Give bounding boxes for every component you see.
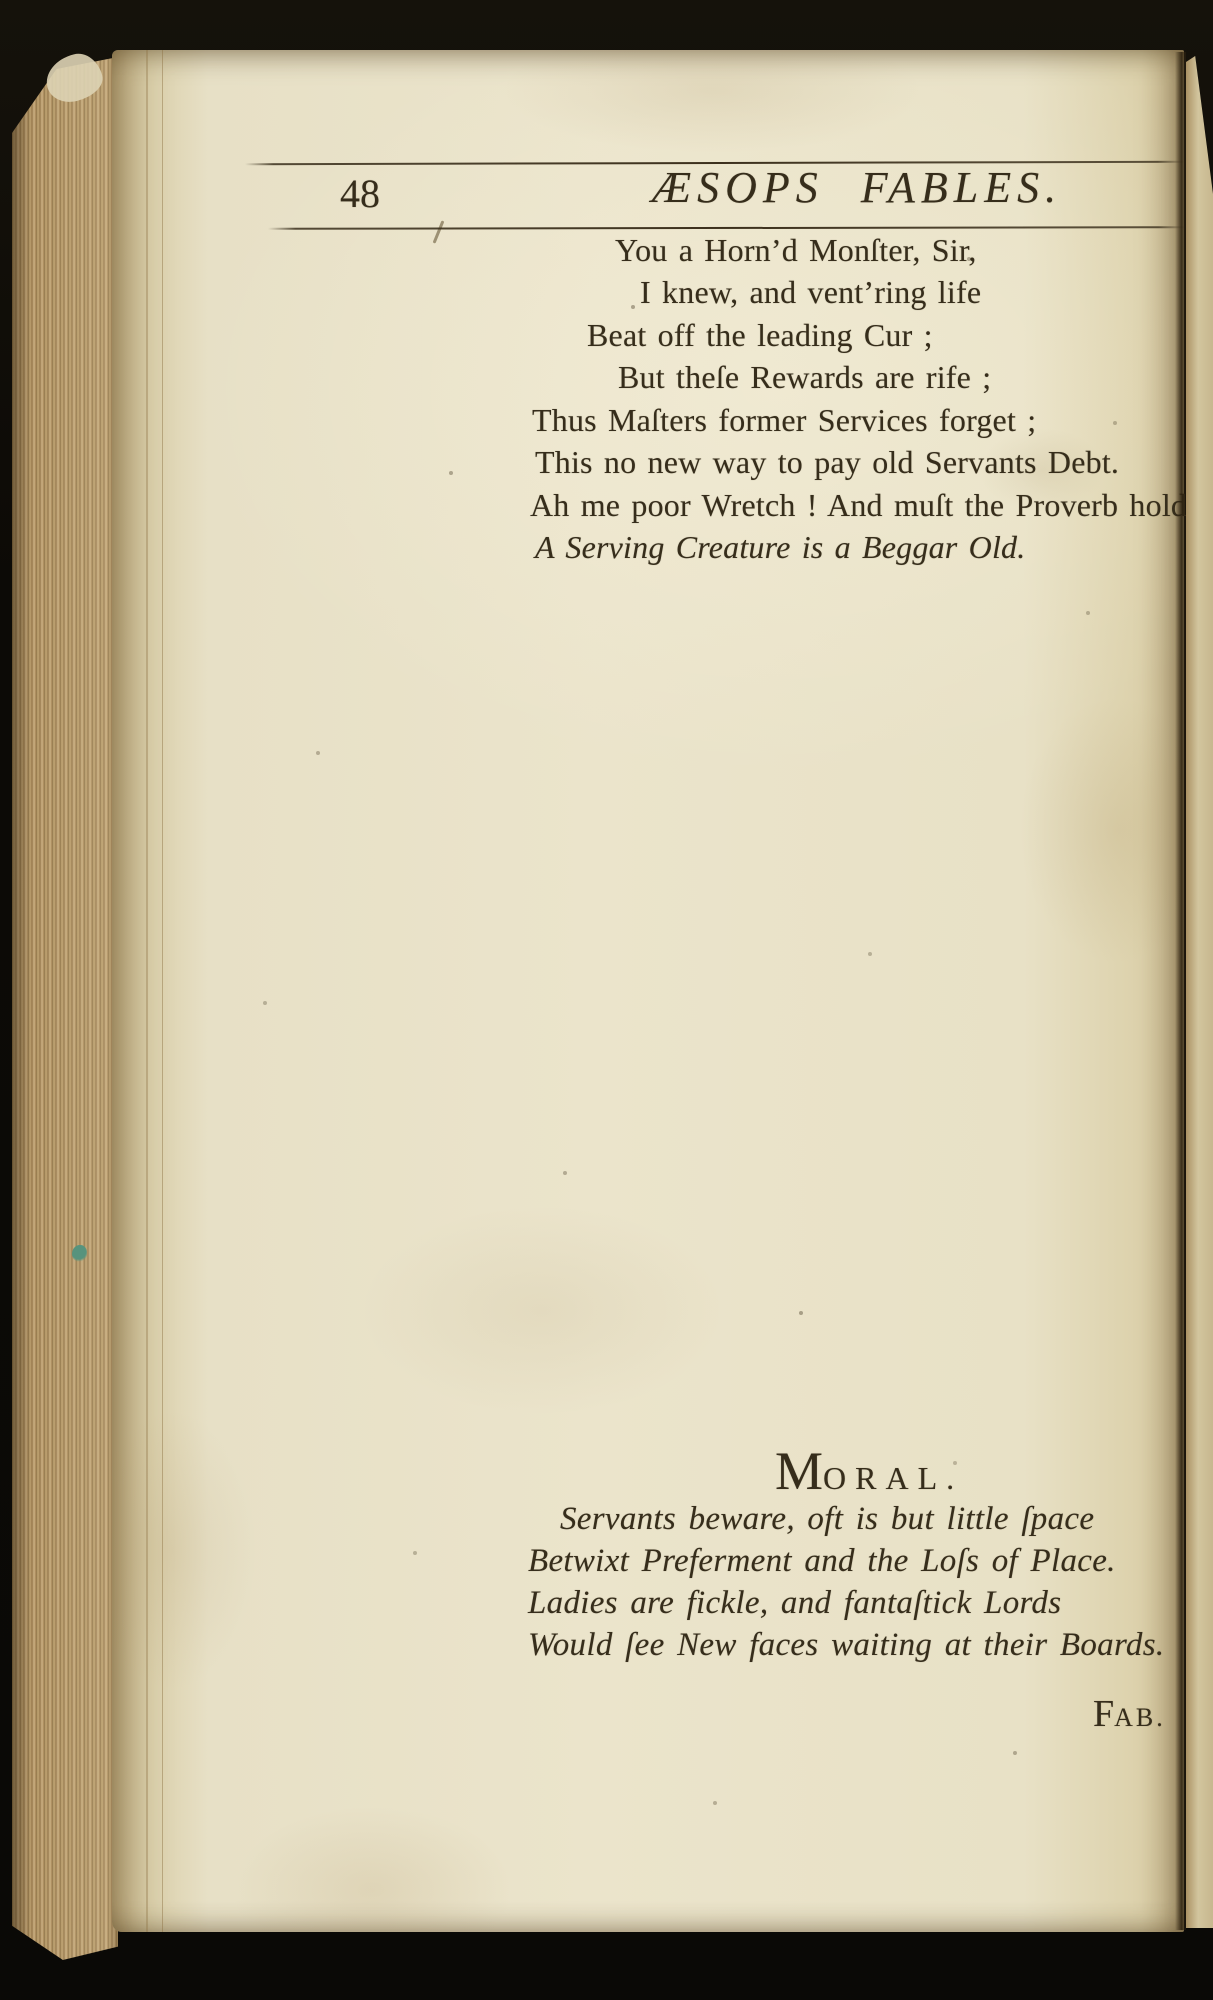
poem-line: Beat off the leading Cur ; xyxy=(587,317,933,354)
catchword: FAB. xyxy=(1093,1692,1166,1736)
running-title: ÆSOPS FABLES. xyxy=(652,162,1062,213)
moral-line: Servants beware, oft is but little ſpace xyxy=(560,1501,1094,1538)
fanned-page-edges xyxy=(12,55,118,1960)
poem-line: Ah me poor Wretch ! And muſt the Proverb… xyxy=(530,487,1213,524)
catchword-initial: F xyxy=(1093,1693,1114,1735)
adjacent-page-edge xyxy=(1186,56,1213,1928)
poem-line-italic: A Serving Creature is a Beggar Old. xyxy=(535,529,1025,566)
moral-heading-initial: M xyxy=(775,1441,823,1501)
poem-line: Thus Maſters former Services forget ; xyxy=(532,402,1036,439)
page-number: 48 xyxy=(340,170,380,217)
moral-line: Ladies are fickle, and fantaſtick Lords xyxy=(528,1585,1061,1622)
catchword-rest: AB. xyxy=(1114,1703,1166,1732)
poem-line: You a Horn’d Monſter, Sir, xyxy=(615,232,977,269)
gutter-crease xyxy=(1175,52,1186,1930)
book-page: 48 ÆSOPS FABLES. You a Horn’d Monſter, S… xyxy=(112,50,1184,1932)
header-rule-bottom xyxy=(268,226,1186,230)
pen-slash-mark xyxy=(433,220,445,243)
poem-line: I knew, and vent’ring life xyxy=(640,274,981,311)
moral-line: Betwixt Preferment and the Loſs of Place… xyxy=(528,1543,1116,1580)
poem-line: But theſe Rewards are rife ; xyxy=(618,359,991,396)
green-ink-blot xyxy=(72,1245,87,1262)
moral-line: Would ſee New faces waiting at their Boa… xyxy=(528,1627,1164,1664)
paper-specks xyxy=(112,50,114,52)
book-scan: 48 ÆSOPS FABLES. You a Horn’d Monſter, S… xyxy=(0,0,1213,2000)
moral-heading: MORAL. xyxy=(775,1440,963,1502)
poem-line: This no new way to pay old Servants Debt… xyxy=(535,444,1119,481)
moral-heading-rest: ORAL. xyxy=(823,1460,963,1496)
